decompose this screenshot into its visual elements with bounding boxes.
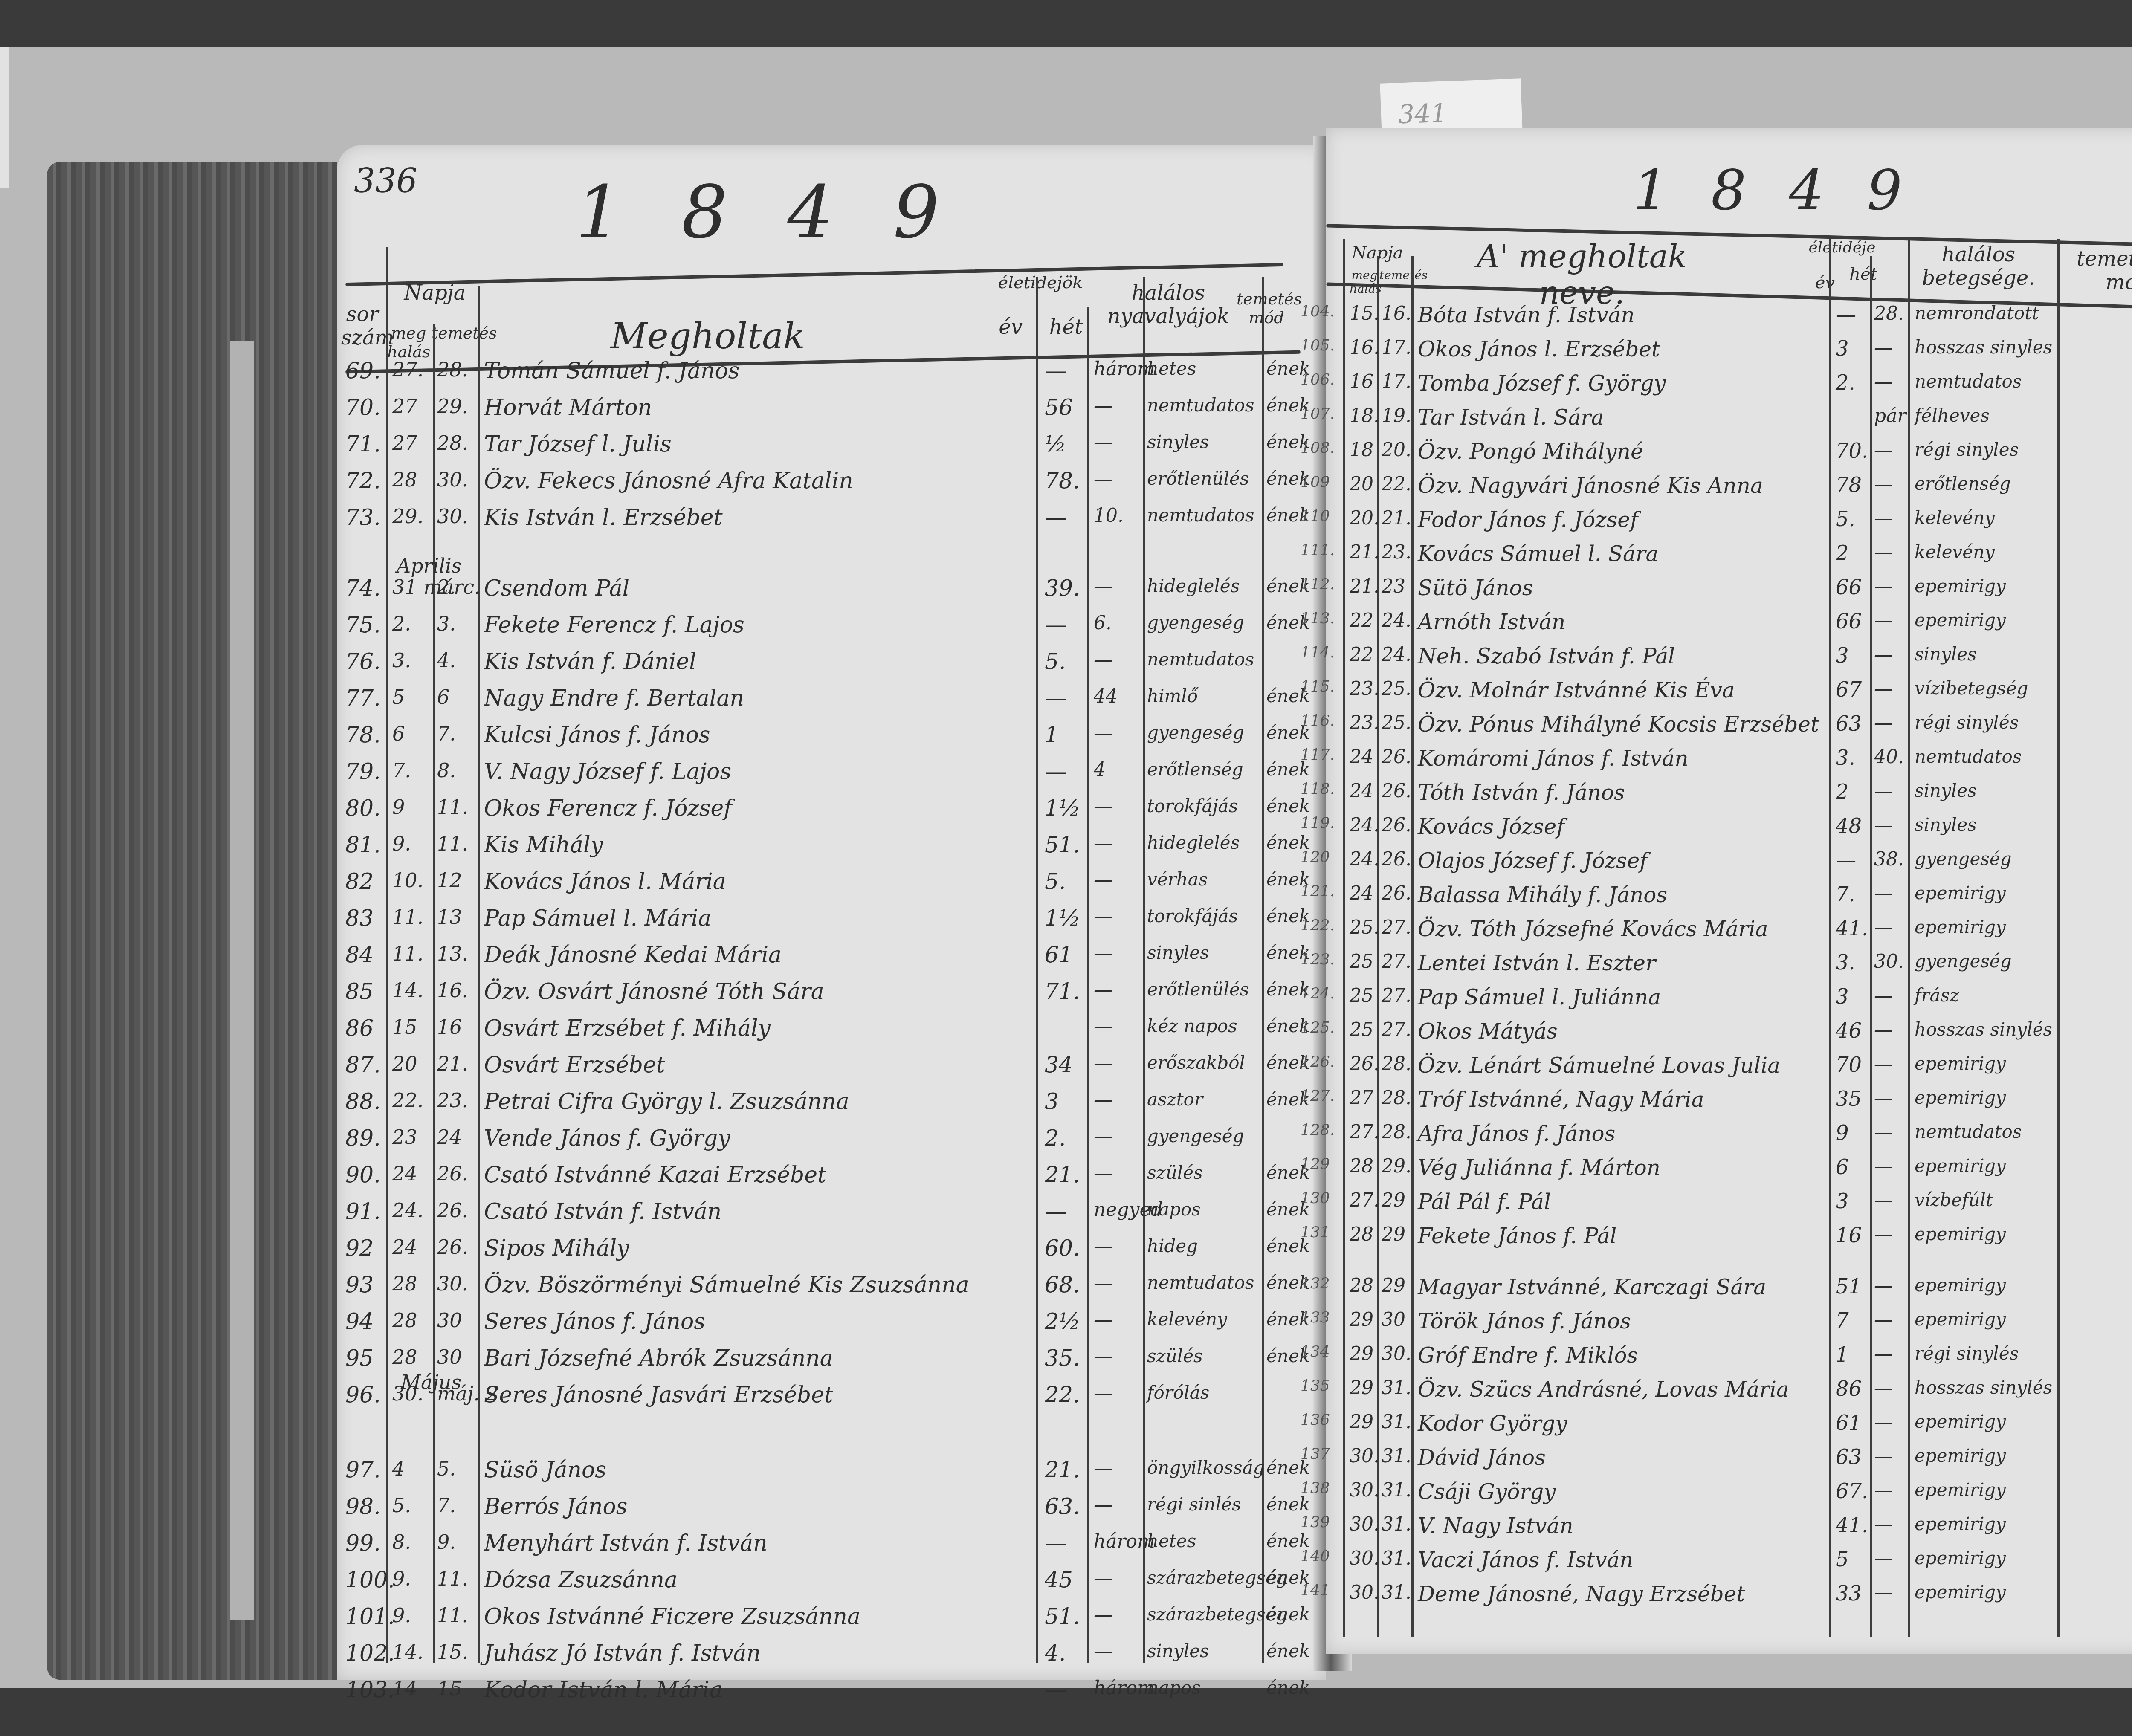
left-page: 336 1849 sor szám Napja meg halás temeté…: [337, 145, 1326, 1680]
burial-day: 8.: [437, 759, 456, 782]
burial-day: 16.: [437, 979, 468, 1002]
header-day-death: meg halás: [387, 324, 430, 361]
age-weeks: —: [1094, 796, 1112, 817]
deceased-name: Deák Jánosné Kedai Mária: [484, 942, 782, 968]
burial-day: 11.: [437, 796, 468, 819]
row-number: 115.: [1301, 678, 2132, 704]
death-day: 9: [392, 796, 405, 819]
cause-of-death: sinyles: [1147, 1641, 1209, 1661]
age-weeks: 6.: [1094, 612, 1112, 634]
row-number: 79.: [345, 759, 381, 784]
death-day: 27: [392, 395, 417, 418]
deceased-name: Özv. Fekecs Jánosné Afra Katalin: [484, 468, 853, 494]
deceased-name: Kovács János l. Mária: [484, 869, 726, 894]
cause-of-death: szülés: [1147, 1345, 1203, 1366]
table-row: 79.7.8.V. Nagy József f. Lajos—4erőtlens…: [337, 759, 1326, 785]
row-number: 131: [1301, 1224, 2132, 1250]
row-number: 116.: [1301, 712, 2132, 738]
header-burial-mode: temetés mód: [1237, 290, 1296, 327]
burial-day: 26.: [437, 1235, 468, 1259]
age-years: 51.: [1045, 1604, 1080, 1629]
table-row: 8411.13.Deák Jánosné Kedai Mária61—sinyl…: [337, 942, 1326, 969]
page-number: 336: [354, 162, 417, 200]
row-number: 137: [1301, 1445, 2132, 1472]
row-number: 83: [345, 906, 374, 931]
deceased-name: Sipos Mihály: [484, 1235, 629, 1261]
row-number: 80.: [345, 796, 381, 821]
row-number: 72.: [345, 468, 381, 494]
header-age-weeks: hét: [1040, 315, 1092, 339]
row-number: 130: [1301, 1189, 2132, 1216]
row-number: 76.: [345, 649, 381, 674]
row-number: 71.: [345, 431, 381, 457]
row-number: 140: [1301, 1548, 2132, 1574]
row-number: 119.: [1301, 814, 2132, 841]
table-row: 97.45.Süsö János21.—öngyilkosságének: [337, 1457, 1326, 1484]
burial-day: 2.: [437, 576, 456, 599]
age-weeks: 44: [1094, 686, 1118, 707]
row-number: 117.: [1301, 746, 2132, 773]
table-row: 8514.16.Özv. Osvárt Jánosné Tóth Sára71.…: [337, 979, 1326, 1005]
row-number: 81.: [345, 832, 381, 858]
row-number: 94: [345, 1309, 374, 1334]
deceased-name: Bari Józsefné Abrók Zsuzsánna: [484, 1345, 833, 1371]
age-years: —: [1045, 1677, 1067, 1703]
age-weeks: —: [1094, 832, 1112, 854]
row-number: 82: [345, 869, 374, 894]
age-weeks: —: [1094, 722, 1112, 744]
table-row: 91.24.26.Csató István f. István—negyedna…: [337, 1199, 1326, 1225]
row-number: 86: [345, 1016, 374, 1041]
row-number: 93: [345, 1272, 374, 1298]
cause-of-death: sinyles: [1147, 431, 1209, 452]
deceased-name: Kis István f. Dániel: [484, 649, 696, 674]
table-row: 100.9.11.Dózsa Zsuzsánna45—szárazbetegsé…: [337, 1567, 1326, 1594]
age-weeks: —: [1094, 1016, 1112, 1037]
row-number: 98.: [345, 1494, 381, 1519]
header-age-group: életidejök: [985, 273, 1096, 292]
burial-day: 26.: [437, 1199, 468, 1222]
death-day: 14: [392, 1677, 417, 1700]
row-number: 129: [1301, 1155, 2132, 1182]
cause-of-death: öngyilkosság: [1147, 1457, 1265, 1478]
deceased-name: Süsö János: [484, 1457, 606, 1483]
death-day: 9.: [392, 1604, 411, 1627]
header-day-group: Napja: [1352, 243, 1394, 263]
burial-mode: ének: [1266, 1641, 1310, 1661]
burial-day: 30: [437, 1345, 462, 1369]
row-number: 125.: [1301, 1019, 2132, 1045]
age-years: 68.: [1045, 1272, 1080, 1298]
deceased-name: Seres János f. János: [484, 1309, 705, 1334]
table-row: 942830Seres János f. János2½—kelevényéne…: [337, 1309, 1326, 1335]
age-years: ½: [1045, 431, 1066, 457]
age-weeks: —: [1094, 1126, 1112, 1147]
cause-of-death: napos: [1147, 1199, 1201, 1220]
cause-of-death: hideglelés: [1147, 832, 1240, 853]
row-number: 70.: [345, 395, 381, 420]
row-number: 88.: [345, 1089, 381, 1114]
header-age-years: év: [1808, 273, 1842, 292]
death-day: 9.: [392, 832, 411, 855]
age-years: 21.: [1045, 1162, 1080, 1188]
cause-of-death: erőszakból: [1147, 1052, 1245, 1073]
age-years: —: [1045, 358, 1067, 384]
table-row: 78.67.Kulcsi János f. János1—gyengeségén…: [337, 722, 1326, 749]
row-number: 123.: [1301, 951, 2132, 977]
deceased-name: Kulcsi János f. János: [484, 722, 710, 748]
age-years: 2½: [1045, 1309, 1080, 1334]
burial-day: 5.: [437, 1457, 456, 1480]
age-weeks: három: [1094, 358, 1155, 380]
row-number: 107.: [1301, 405, 2132, 431]
burial-day: 3.: [437, 612, 456, 635]
deceased-name: Csató István f. István: [484, 1199, 721, 1224]
row-number: 91.: [345, 1199, 381, 1224]
row-number: 112.: [1301, 576, 2132, 602]
cause-of-death: torokfájás: [1147, 796, 1238, 816]
burial-day: 4.: [437, 649, 456, 672]
death-day: 24: [392, 1235, 417, 1259]
table-row: 932830.Özv. Böszörményi Sámuelné Kis Zsu…: [337, 1272, 1326, 1299]
row-number: 77.: [345, 686, 381, 711]
deceased-name: Özv. Böszörményi Sámuelné Kis Zsuzsánna: [484, 1272, 969, 1298]
age-weeks: —: [1094, 1235, 1112, 1257]
burial-day: 29.: [437, 395, 468, 418]
age-years: 71.: [1045, 979, 1080, 1004]
age-years: —: [1045, 612, 1067, 638]
age-years: 5.: [1045, 649, 1066, 674]
deceased-name: Menyhárt István f. István: [484, 1531, 768, 1556]
death-day: 29.: [392, 505, 423, 528]
row-number: 69.: [345, 358, 381, 384]
death-day: 4: [392, 1457, 405, 1480]
cause-of-death: fórólás: [1147, 1382, 1209, 1403]
age-years: 4.: [1045, 1641, 1066, 1666]
row-number: 100.: [345, 1567, 395, 1593]
row-number: 103.: [345, 1677, 395, 1703]
age-weeks: —: [1094, 1567, 1112, 1589]
cause-of-death: hideg: [1147, 1235, 1198, 1256]
age-years: 63.: [1045, 1494, 1080, 1519]
row-number: 135: [1301, 1377, 2132, 1403]
age-weeks: —: [1094, 1272, 1112, 1294]
row-number: 78.: [345, 722, 381, 748]
death-day: 8.: [392, 1531, 411, 1554]
death-day: 27.: [392, 358, 423, 381]
death-day: 28: [392, 1345, 417, 1369]
cause-of-death: erőtlenülés: [1147, 468, 1249, 489]
cause-of-death: nemtudatos: [1147, 505, 1254, 526]
deceased-name: Juhász Jó István f. István: [484, 1641, 761, 1666]
row-number: 73.: [345, 505, 381, 530]
table-row: 102.14.15.Juhász Jó István f. István4.—s…: [337, 1641, 1326, 1667]
row-number: 92: [345, 1235, 374, 1261]
table-row: 8210.12Kovács János l. Mária5.—vérhaséne…: [337, 869, 1326, 895]
death-day: 5.: [392, 1494, 411, 1517]
row-number: 96.: [345, 1382, 381, 1408]
age-years: 3: [1045, 1089, 1059, 1114]
age-weeks: —: [1094, 395, 1112, 417]
table-row: 81.9.11.Kis Mihály51.—hideglelésének: [337, 832, 1326, 859]
row-number: 90.: [345, 1162, 381, 1188]
deceased-name: Berrós János: [484, 1494, 628, 1519]
cause-of-death: vérhas: [1147, 869, 1208, 890]
age-weeks: —: [1094, 1494, 1112, 1516]
deceased-name: Fekete Ferencz f. Lajos: [484, 612, 744, 638]
row-number: 126.: [1301, 1053, 2132, 1079]
deceased-name: Seres Jánosné Jasvári Erzsébet: [484, 1382, 833, 1408]
age-weeks: —: [1094, 1162, 1112, 1184]
cause-of-death: napos: [1147, 1677, 1201, 1698]
burial-day: 11.: [437, 1604, 468, 1627]
cause-of-death: nemtudatos: [1147, 649, 1254, 670]
register-rows-right: 15.16.Bóta István f. István—28.nemrondat…: [1326, 303, 2132, 1624]
burial-day: 21.: [437, 1052, 468, 1075]
cause-of-death: szülés: [1147, 1162, 1203, 1183]
cause-of-death: kéz napos: [1147, 1016, 1237, 1036]
age-years: 56: [1045, 395, 1073, 420]
cause-of-death: nemtudatos: [1147, 1272, 1254, 1293]
burial-day: 24: [437, 1126, 462, 1149]
register-rows-left: 69.27.28.Tomán Sámuel f. János—háromhete…: [337, 358, 1326, 1637]
deceased-name: Csató Istvánné Kazai Erzsébet: [484, 1162, 826, 1188]
row-number: 108.: [1301, 439, 2132, 466]
burial-day: 11.: [437, 832, 468, 855]
age-years: 34: [1045, 1052, 1073, 1078]
row-number: 133: [1301, 1309, 2132, 1335]
scan-backdrop-strip: [0, 47, 9, 188]
row-number: 138: [1301, 1479, 2132, 1506]
death-day: 28: [392, 1272, 417, 1295]
table-row: 90.2426.Csató Istvánné Kazai Erzsébet21.…: [337, 1162, 1326, 1189]
burial-day: 30.: [437, 468, 468, 491]
death-day: 11.: [392, 942, 423, 965]
row-number: 141: [1301, 1582, 2132, 1608]
header-day-burial: temetés: [1379, 269, 1409, 282]
table-row: 101.9.11.Okos Istvánné Ficzere Zsuzsánna…: [337, 1604, 1326, 1630]
row-number: 110: [1301, 507, 2132, 534]
table-row: 99.8.9.Menyhárt István f. István—háromhe…: [337, 1531, 1326, 1557]
burial-day: 13.: [437, 942, 468, 965]
cause-of-death: erőtlenülés: [1147, 979, 1249, 1000]
death-day: 10.: [392, 869, 423, 892]
table-row: 952830Bari Józsefné Abrók Zsuzsánna35.—s…: [337, 1345, 1326, 1372]
deceased-name: Özv. Osvárt Jánosné Tóth Sára: [484, 979, 824, 1004]
row-number: 102.: [345, 1641, 395, 1666]
death-day: 5: [392, 686, 405, 709]
deceased-name: Tomán Sámuel f. János: [484, 358, 739, 384]
burial-day: 30: [437, 1309, 462, 1332]
header-cause: halálos nyavalyájok: [1104, 281, 1232, 328]
burial-day: 7.: [437, 722, 456, 745]
row-number: 136: [1301, 1411, 2132, 1438]
table-row: 88.22.23.Petrai Cifra György l. Zsuzsánn…: [337, 1089, 1326, 1115]
cause-of-death: torokfájás: [1147, 906, 1238, 926]
deceased-name: Osvárt Erzsébet f. Mihály: [484, 1016, 771, 1041]
cause-of-death: hetes: [1147, 358, 1196, 379]
row-number: 84: [345, 942, 374, 968]
row-number: 128.: [1301, 1121, 2132, 1148]
age-weeks: —: [1094, 649, 1112, 671]
burial-day: 9.: [437, 1531, 456, 1554]
death-day: 28: [392, 1309, 417, 1332]
burial-day: 28.: [437, 431, 468, 454]
age-years: —: [1045, 1531, 1067, 1556]
age-years: 1½: [1045, 796, 1080, 821]
row-number: 132: [1301, 1275, 2132, 1301]
age-weeks: —: [1094, 1382, 1112, 1404]
death-day: 27: [392, 431, 417, 454]
age-weeks: —: [1094, 979, 1112, 1001]
age-years: 2.: [1045, 1126, 1066, 1151]
death-day: 23: [392, 1126, 417, 1149]
cause-of-death: asztor: [1147, 1089, 1203, 1110]
row-number: 122.: [1301, 917, 2132, 943]
burial-day: 16: [437, 1016, 462, 1039]
row-number: 109: [1301, 473, 2132, 500]
table-row: 861516Osvárt Erzsébet f. Mihály—kéz napo…: [337, 1016, 1326, 1042]
row-number: 85: [345, 979, 374, 1004]
age-years: —: [1045, 505, 1067, 530]
table-row: 922426.Sipos Mihály60.—hidegének: [337, 1235, 1326, 1262]
cause-of-death: nemtudatos: [1147, 395, 1254, 416]
table-row: 71.2728.Tar József l. Julis½—sinylesének: [337, 431, 1326, 458]
burial-day: 11.: [437, 1567, 468, 1590]
row-number: 121.: [1301, 882, 2132, 909]
age-weeks: —: [1094, 1457, 1112, 1479]
death-day: 15: [392, 1016, 417, 1039]
age-weeks: —: [1094, 1604, 1112, 1626]
header-burial-mode: temetésének módja.: [2077, 247, 2132, 294]
death-day: 22.: [392, 1089, 423, 1112]
age-weeks: három: [1094, 1677, 1155, 1699]
age-years: 1: [1045, 722, 1059, 748]
table-row: 73.29.30.Kis István l. Erzsébet—10.nemtu…: [337, 505, 1326, 531]
row-number: 74.: [345, 576, 381, 601]
deceased-name: Osvárt Erzsébet: [484, 1052, 665, 1078]
age-years: 39.: [1045, 576, 1080, 601]
row-number: 139: [1301, 1513, 2132, 1540]
age-years: 1½: [1045, 906, 1080, 931]
row-number: 101.: [345, 1604, 395, 1629]
row-number: 89.: [345, 1126, 381, 1151]
cause-of-death: erőtlenség: [1147, 759, 1243, 780]
slip-note: 341: [1398, 98, 1448, 130]
header-day-group: Napja: [392, 281, 478, 305]
row-number: 87.: [345, 1052, 381, 1078]
cause-of-death: hideglelés: [1147, 576, 1240, 596]
deceased-name: Tar József l. Julis: [484, 431, 672, 457]
burial-day: 15: [437, 1677, 462, 1700]
age-weeks: —: [1094, 906, 1112, 927]
age-years: 78.: [1045, 468, 1080, 494]
burial-day: 30.: [437, 505, 468, 528]
table-row: 8311.13Pap Sámuel l. Mária1½—torokfájásé…: [337, 906, 1326, 932]
age-weeks: —: [1094, 1309, 1112, 1331]
age-weeks: 10.: [1094, 505, 1124, 527]
table-row: 75.2.3.Fekete Ferencz f. Lajos—6.gyenges…: [337, 612, 1326, 639]
death-day: 9.: [392, 1567, 411, 1590]
row-number: 104.: [1301, 303, 2132, 329]
row-number: 105.: [1301, 337, 2132, 363]
burial-day: 23.: [437, 1089, 468, 1112]
death-day: 7.: [392, 759, 411, 782]
age-years: —: [1045, 1199, 1067, 1224]
burial-day: 26.: [437, 1162, 468, 1185]
age-years: 45: [1045, 1567, 1073, 1593]
death-day: 24.: [392, 1199, 423, 1222]
header-name: A' megholtak neve.: [1454, 239, 1710, 311]
death-day: 20: [392, 1052, 417, 1075]
death-day: 14.: [392, 979, 423, 1002]
deceased-name: Vende János f. György: [484, 1126, 730, 1151]
age-weeks: —: [1094, 942, 1112, 964]
burial-day: 12: [437, 869, 462, 892]
death-day: 14.: [392, 1641, 423, 1664]
deceased-name: V. Nagy József f. Lajos: [484, 759, 731, 784]
header-row-no: sor szám: [341, 303, 384, 350]
header-age-weeks: hét: [1844, 264, 1883, 284]
table-row: 98.5.7.Berrós János63.—régi sinlésének: [337, 1494, 1326, 1520]
burial-day: 15.: [437, 1641, 468, 1664]
age-weeks: —: [1094, 468, 1112, 490]
age-years: 35.: [1045, 1345, 1080, 1371]
deceased-name: Petrai Cifra György l. Zsuzsánna: [484, 1089, 849, 1114]
age-weeks: —: [1094, 1089, 1112, 1111]
age-weeks: három: [1094, 1531, 1155, 1552]
cause-of-death: régi sinlés: [1147, 1494, 1241, 1515]
deceased-name: Dózsa Zsuzsánna: [484, 1567, 678, 1593]
row-number: 134: [1301, 1343, 2132, 1369]
death-day: 28: [392, 468, 417, 491]
burial-day: 30.: [437, 1272, 468, 1295]
row-number: 127.: [1301, 1087, 2132, 1114]
age-years: —: [1045, 686, 1067, 711]
page-year: 1849: [576, 171, 999, 255]
age-years: —: [1045, 759, 1067, 784]
deceased-name: Pap Sámuel l. Mária: [484, 906, 711, 931]
table-row: 72.2830.Özv. Fekecs Jánosné Afra Katalin…: [337, 468, 1326, 495]
death-day: 11.: [392, 906, 423, 929]
table-row: 103.1415Kodor István l. Mária—háromnapos…: [337, 1677, 1326, 1704]
row-number: 95: [345, 1345, 374, 1371]
cause-of-death: gyengeség: [1147, 722, 1244, 743]
row-number: 75.: [345, 612, 381, 638]
table-row: 76.3.4.Kis István f. Dániel5.—nemtudatos: [337, 649, 1326, 675]
age-weeks: 4: [1094, 759, 1106, 781]
cause-of-death: hetes: [1147, 1531, 1196, 1551]
burial-day: 7.: [437, 1494, 456, 1517]
header-name: Megholtak: [559, 315, 857, 357]
age-years: 5.: [1045, 869, 1066, 894]
cause-of-death: gyengeség: [1147, 1126, 1244, 1146]
age-weeks: —: [1094, 1641, 1112, 1662]
deceased-name: Csendom Pál: [484, 576, 629, 601]
table-row: 87.2021.Osvárt Erzsébet34—erőszakbólének: [337, 1052, 1326, 1079]
age-years: 22.: [1045, 1382, 1080, 1408]
table-row: 74.31 márc.2.Csendom Pál39.—hideglelésén…: [337, 576, 1326, 602]
row-number: 106.: [1301, 371, 2132, 397]
deceased-name: Kodor István l. Mária: [484, 1677, 723, 1703]
age-years: 21.: [1045, 1457, 1080, 1483]
right-page: 1849 337 Napja meg halás temetés A' megh…: [1326, 128, 2132, 1654]
page-tab: [230, 341, 254, 1620]
row-number: 97.: [345, 1457, 381, 1483]
age-weeks: —: [1094, 869, 1112, 891]
row-number: 111.: [1301, 541, 2132, 568]
page-year: 1849: [1633, 158, 1945, 223]
